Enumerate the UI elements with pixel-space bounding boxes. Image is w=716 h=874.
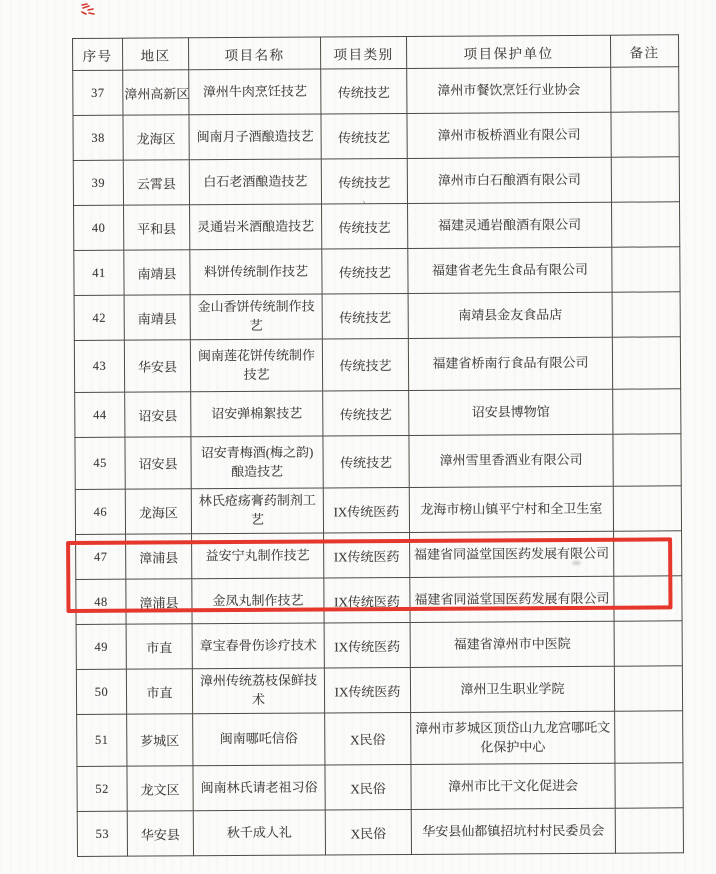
cell-no: 50 bbox=[76, 669, 126, 714]
cell-unit: 漳州市白石酿酒有限公司 bbox=[407, 157, 611, 203]
cell-category: 传统技艺 bbox=[322, 293, 408, 339]
cell-category: 传统技艺 bbox=[323, 390, 409, 436]
cell-unit: 福建省漳州市中医院 bbox=[410, 621, 614, 667]
cell-unit: 漳州卫生职业学院 bbox=[410, 666, 614, 712]
cell-name: 漳州牛肉烹饪技艺 bbox=[189, 69, 321, 115]
col-header-name: 项目名称 bbox=[189, 37, 321, 70]
cell-no: 37 bbox=[73, 70, 123, 115]
cell-no: 49 bbox=[76, 624, 126, 669]
cell-no: 48 bbox=[76, 579, 126, 624]
cell-name: 诏安青梅酒(梅之韵) 酿造技艺 bbox=[191, 436, 323, 489]
cell-unit: 漳州市餐饮烹饪行业协会 bbox=[407, 67, 611, 113]
cell-name: 料饼传统制作技艺 bbox=[190, 249, 322, 295]
cell-region: 漳浦县 bbox=[126, 534, 192, 579]
cell-category: IX传统医药 bbox=[324, 577, 410, 623]
cell-no: 51 bbox=[77, 714, 127, 766]
cell-no: 40 bbox=[74, 205, 124, 250]
cell-unit: 福建省同溢堂国医药发展有限公司 bbox=[410, 576, 614, 622]
cell-no: 42 bbox=[74, 295, 124, 340]
cell-category: X民俗 bbox=[325, 712, 411, 765]
cell-note bbox=[614, 666, 682, 711]
cell-region: 云霄县 bbox=[123, 160, 189, 205]
cell-note bbox=[614, 576, 682, 621]
cell-unit: 福建省桥南行食品有限公司 bbox=[408, 337, 612, 390]
cell-note bbox=[611, 157, 679, 202]
cell-name: 白石老酒酿造技艺 bbox=[189, 159, 321, 205]
table-row: 39云霄县白石老酒酿造技艺传统技艺漳州市白石酿酒有限公司 bbox=[73, 157, 679, 206]
cell-category: X民俗 bbox=[325, 764, 411, 810]
cell-category: IX传统医药 bbox=[323, 487, 409, 533]
cell-name: 漳州传统荔枝保鲜技术 bbox=[192, 668, 324, 714]
table-header-row: 序号地区项目名称项目类别项目保护单位备注 bbox=[73, 35, 679, 71]
cell-name: 金山香饼传统制作技艺 bbox=[190, 294, 322, 340]
cell-unit: 华安县仙都镇招坑村村民委员会 bbox=[411, 808, 615, 854]
cell-region: 华安县 bbox=[124, 340, 190, 392]
table-row: 43华安县闽南莲花饼传统制作 技艺传统技艺福建省桥南行食品有限公司 bbox=[74, 337, 680, 393]
cell-no: 47 bbox=[76, 534, 126, 579]
cell-no: 46 bbox=[75, 489, 125, 534]
cell-note bbox=[612, 292, 680, 337]
cell-name: 章宝春骨伤诊疗技术 bbox=[192, 623, 324, 669]
table-row: 40平和县灵通岩米酒酿造技艺传统技艺福建灵通岩酿酒有限公司 bbox=[74, 202, 680, 251]
cell-region: 市直 bbox=[126, 669, 192, 714]
cell-name: 益安宁丸制作技艺 bbox=[192, 533, 324, 579]
table-row: 38龙海区闽南月子酒酿造技艺传统技艺漳州市板桥酒业有限公司 bbox=[73, 112, 679, 161]
cell-region: 南靖县 bbox=[124, 295, 190, 340]
cell-unit: 漳州市板桥酒业有限公司 bbox=[407, 112, 611, 158]
cell-unit: 漳州雪里香酒业有限公司 bbox=[409, 434, 613, 487]
col-header-note: 备注 bbox=[610, 35, 678, 67]
cell-note bbox=[612, 202, 680, 247]
cell-category: X民俗 bbox=[325, 809, 411, 855]
scan-smudge bbox=[572, 561, 581, 565]
cell-no: 38 bbox=[73, 115, 123, 160]
heritage-projects-table: 序号地区项目名称项目类别项目保护单位备注 37漳州高新区漳州牛肉烹饪技艺传统技艺… bbox=[72, 34, 684, 857]
cell-category: 传统技艺 bbox=[321, 68, 407, 114]
table-wrapper: 序号地区项目名称项目类别项目保护单位备注 37漳州高新区漳州牛肉烹饪技艺传统技艺… bbox=[72, 34, 683, 857]
cell-no: 45 bbox=[75, 437, 125, 489]
cell-no: 52 bbox=[77, 766, 127, 811]
table-row: 51芗城区闽南哪吒信俗X民俗漳州市芗城区顶岱山九龙宫哪吒文 化保护中心 bbox=[77, 711, 683, 767]
table-row: 52龙文区闽南林氏请老祖习俗X民俗漳州市比干文化促进会 bbox=[77, 763, 683, 812]
cell-unit: 诏安县博物馆 bbox=[409, 389, 613, 435]
cell-region: 南靖县 bbox=[124, 250, 190, 295]
cell-note bbox=[614, 621, 682, 666]
cell-name: 林氏疮疡膏药制剂工艺 bbox=[191, 488, 323, 534]
table-row: 50市直漳州传统荔枝保鲜技术IX传统医药漳州卫生职业学院 bbox=[76, 666, 682, 715]
col-header-region: 地区 bbox=[123, 38, 189, 70]
cell-name: 闽南林氏请老祖习俗 bbox=[193, 765, 325, 811]
scanned-document-page: 序号地区项目名称项目类别项目保护单位备注 37漳州高新区漳州牛肉烹饪技艺传统技艺… bbox=[0, 0, 716, 874]
cell-note bbox=[615, 763, 683, 808]
col-header-category: 项目类别 bbox=[320, 36, 406, 69]
cell-no: 39 bbox=[73, 160, 123, 205]
table-row: 53华安县秋千成人礼X民俗华安县仙都镇招坑村村民委员会 bbox=[77, 808, 683, 857]
cell-region: 龙海区 bbox=[125, 489, 191, 534]
cell-note bbox=[612, 247, 680, 292]
red-stamp-mark-icon bbox=[80, 2, 96, 17]
cell-unit: 漳州市芗城区顶岱山九龙宫哪吒文 化保护中心 bbox=[411, 711, 615, 764]
cell-unit: 福建省同溢堂国医药发展有限公司 bbox=[410, 531, 614, 577]
table-body: 37漳州高新区漳州牛肉烹饪技艺传统技艺漳州市餐饮烹饪行业协会38龙海区闽南月子酒… bbox=[73, 67, 684, 857]
cell-category: IX传统医药 bbox=[324, 622, 410, 668]
cell-category: IX传统医药 bbox=[324, 532, 410, 578]
cell-category: IX传统医药 bbox=[324, 667, 410, 713]
table-row: 44诏安县诏安弹棉絮技艺传统技艺诏安县博物馆 bbox=[75, 389, 681, 438]
cell-name: 闽南哪吒信俗 bbox=[193, 713, 325, 766]
cell-region: 漳浦县 bbox=[126, 579, 192, 624]
cell-no: 53 bbox=[77, 811, 127, 856]
cell-no: 44 bbox=[75, 392, 125, 437]
cell-region: 龙海区 bbox=[123, 115, 189, 160]
table-row: 49市直章宝春骨伤诊疗技术IX传统医药福建省漳州市中医院 bbox=[76, 621, 682, 670]
cell-unit: 龙海市榜山镇平宁村和全卫生室 bbox=[409, 486, 613, 532]
cell-region: 华安县 bbox=[127, 811, 193, 856]
cell-category: 传统技艺 bbox=[323, 435, 409, 488]
cell-note bbox=[613, 434, 681, 486]
cell-region: 诏安县 bbox=[125, 392, 191, 437]
cell-name: 灵通岩米酒酿造技艺 bbox=[190, 204, 322, 250]
cell-note bbox=[614, 531, 682, 576]
cell-category: 传统技艺 bbox=[322, 203, 408, 249]
cell-name: 闽南月子酒酿造技艺 bbox=[189, 114, 321, 160]
cell-note bbox=[612, 337, 680, 389]
col-header-no: 序号 bbox=[73, 38, 123, 70]
cell-unit: 福建省老先生食品有限公司 bbox=[408, 247, 612, 293]
cell-no: 43 bbox=[74, 340, 124, 392]
cell-category: 传统技艺 bbox=[322, 248, 408, 294]
table-row: 48漳浦县金凤丸制作技艺IX传统医药福建省同溢堂国医药发展有限公司 bbox=[76, 576, 682, 625]
cell-name: 金凤丸制作技艺 bbox=[192, 578, 324, 624]
cell-unit: 漳州市比干文化促进会 bbox=[411, 763, 615, 809]
cell-unit: 南靖县金友食品店 bbox=[408, 292, 612, 338]
cell-region: 漳州高新区 bbox=[123, 70, 189, 115]
cell-name: 闽南莲花饼传统制作 技艺 bbox=[190, 339, 322, 392]
cell-region: 龙文区 bbox=[127, 766, 193, 811]
table-row: 42南靖县金山香饼传统制作技艺传统技艺南靖县金友食品店 bbox=[74, 292, 680, 341]
cell-unit: 福建灵通岩酿酒有限公司 bbox=[408, 202, 612, 248]
cell-region: 诏安县 bbox=[125, 437, 191, 489]
cell-note bbox=[615, 808, 683, 853]
cell-note bbox=[611, 67, 679, 112]
cell-no: 41 bbox=[74, 250, 124, 295]
cell-category: 传统技艺 bbox=[322, 338, 408, 391]
cell-note bbox=[613, 486, 681, 531]
table-row: 45诏安县诏安青梅酒(梅之韵) 酿造技艺传统技艺漳州雪里香酒业有限公司 bbox=[75, 434, 681, 490]
cell-note bbox=[613, 389, 681, 434]
cell-region: 市直 bbox=[126, 624, 192, 669]
cell-note bbox=[611, 112, 679, 157]
cell-name: 秋千成人礼 bbox=[193, 810, 325, 856]
col-header-unit: 项目保护单位 bbox=[406, 35, 610, 68]
cell-category: 传统技艺 bbox=[321, 113, 407, 159]
cell-name: 诏安弹棉絮技艺 bbox=[191, 391, 323, 437]
table-row: 37漳州高新区漳州牛肉烹饪技艺传统技艺漳州市餐饮烹饪行业协会 bbox=[73, 67, 679, 116]
table-row: 46龙海区林氏疮疡膏药制剂工艺IX传统医药龙海市榜山镇平宁村和全卫生室 bbox=[75, 486, 681, 535]
table-row: 47漳浦县益安宁丸制作技艺IX传统医药福建省同溢堂国医药发展有限公司 bbox=[76, 531, 682, 580]
table-row: 41南靖县料饼传统制作技艺传统技艺福建省老先生食品有限公司 bbox=[74, 247, 680, 296]
cell-region: 平和县 bbox=[124, 205, 190, 250]
cell-region: 芗城区 bbox=[127, 714, 193, 766]
cell-note bbox=[615, 711, 683, 763]
